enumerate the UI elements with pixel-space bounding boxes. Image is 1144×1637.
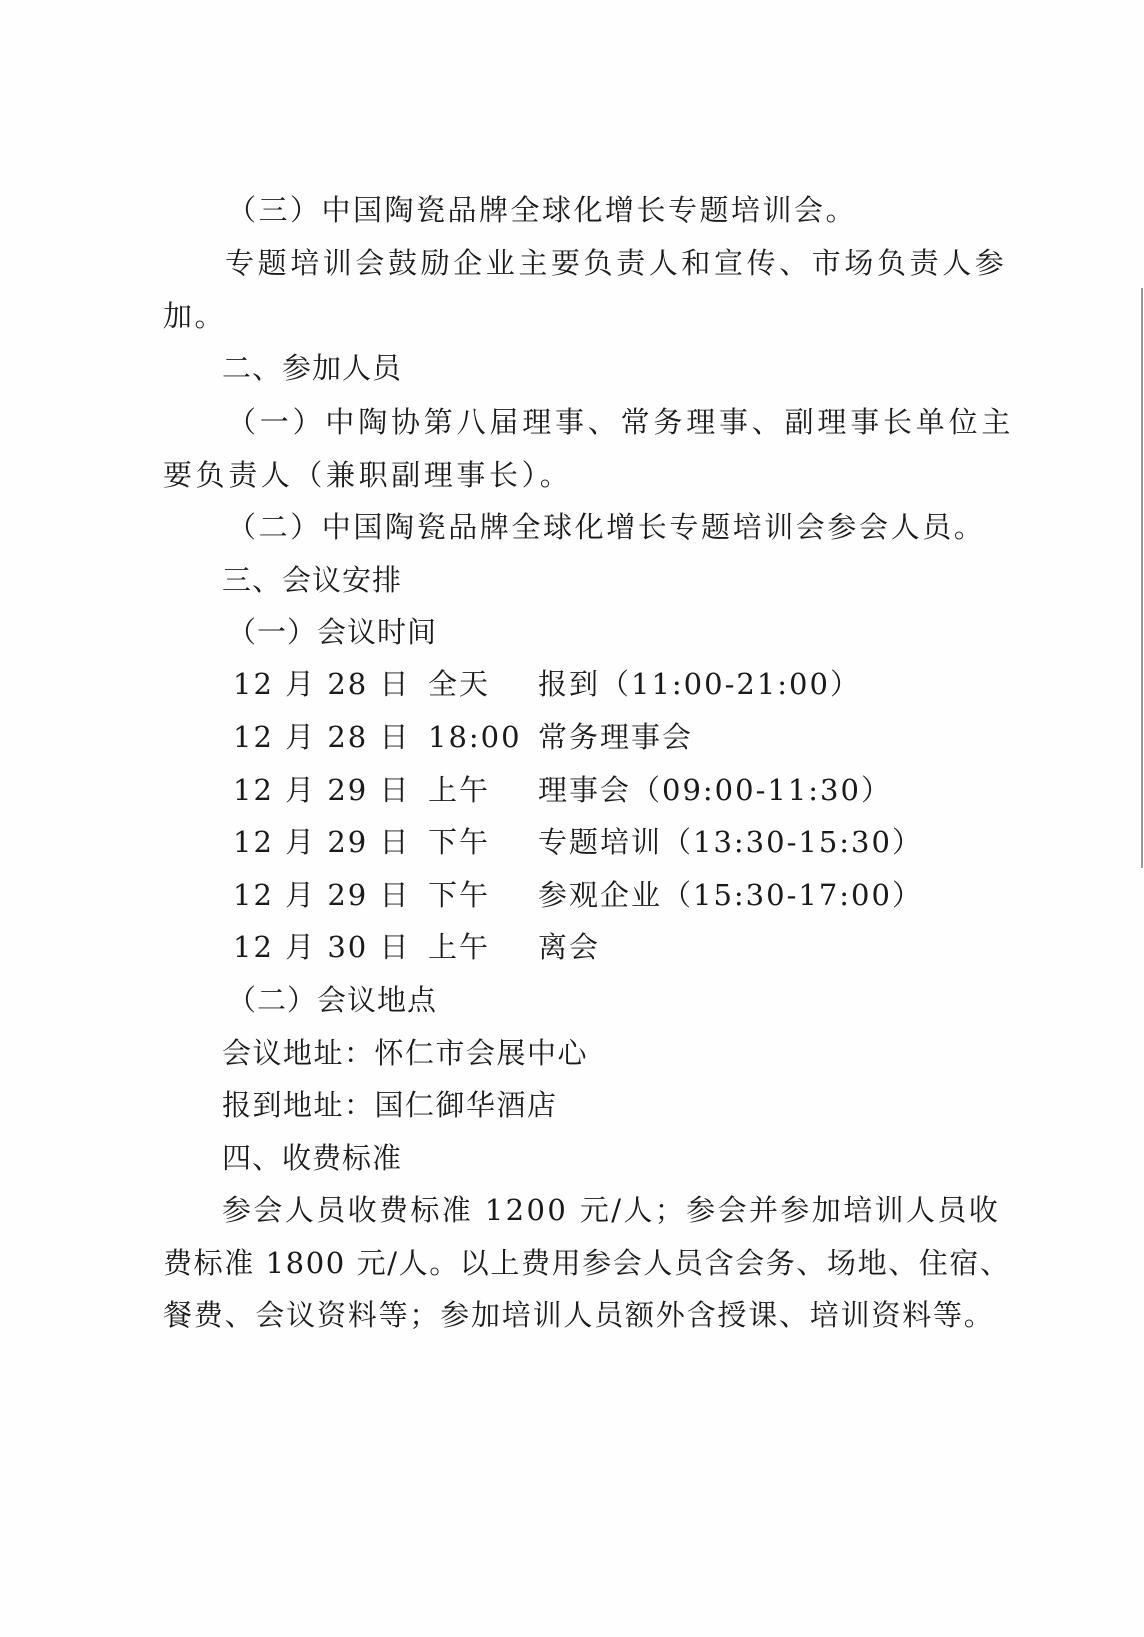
schedule-date: 12 月 28 日 (233, 717, 410, 757)
schedule-date: 12 月 29 日 (233, 875, 410, 915)
page-edge-line (1141, 288, 1143, 868)
paragraph-line: （一）中陶协第八届理事、常务理事、副理事长单位主 (227, 402, 1014, 442)
schedule-time: 上午 (428, 927, 490, 967)
paragraph-line: （二）中国陶瓷品牌全球化增长专题培训会参会人员。 (227, 507, 985, 547)
schedule-time: 18:00 (428, 717, 522, 757)
section-heading-arrangement: 三、会议安排 (222, 560, 402, 600)
paragraph-line: 参会人员收费标准 1200 元/人；参会并参加培训人员收 (222, 1190, 1000, 1230)
schedule-time: 下午 (428, 822, 490, 862)
paragraph-line: 费标准 1800 元/人。以上费用参会人员含会务、场地、住宿、 (163, 1243, 1011, 1283)
schedule-event: 理事会（09:00-11:30） (538, 770, 892, 810)
schedule-event: 常务理事会 (538, 717, 693, 757)
subheading-meeting-place: （二）会议地点 (227, 980, 437, 1020)
schedule-event: 专题培训（13:30-15:30） (538, 822, 923, 862)
schedule-time: 上午 (428, 770, 490, 810)
subheading-meeting-time: （一）会议时间 (227, 612, 437, 652)
document-page: （三）中国陶瓷品牌全球化增长专题培训会。 专题培训会鼓励企业主要负责人和宣传、市… (0, 0, 1144, 1637)
schedule-date: 12 月 29 日 (233, 822, 410, 862)
schedule-time: 全天 (428, 664, 490, 704)
paragraph-line: 专题培训会鼓励企业主要负责人和宣传、市场负责人参 (225, 243, 1007, 283)
section-item-3-title: （三）中国陶瓷品牌全球化增长专题培训会。 (227, 190, 857, 230)
paragraph-line: 加。 (163, 296, 226, 336)
meeting-address: 会议地址：怀仁市会展中心 (222, 1033, 588, 1073)
schedule-date: 12 月 28 日 (233, 664, 410, 704)
section-heading-fees: 四、收费标准 (222, 1138, 402, 1178)
paragraph-line: 餐费、会议资料等；参加培训人员额外含授课、培训资料等。 (163, 1295, 995, 1335)
schedule-time: 下午 (428, 875, 490, 915)
schedule-date: 12 月 29 日 (233, 770, 410, 810)
schedule-event: 参观企业（15:30-17:00） (538, 875, 923, 915)
paragraph-line: 要负责人（兼职副理事长）。 (163, 455, 572, 495)
schedule-event: 离会 (538, 927, 600, 967)
checkin-address: 报到地址：国仁御华酒店 (222, 1085, 558, 1125)
schedule-event: 报到（11:00-21:00） (538, 664, 861, 704)
section-heading-attendees: 二、参加人员 (222, 348, 402, 388)
schedule-date: 12 月 30 日 (233, 927, 410, 967)
